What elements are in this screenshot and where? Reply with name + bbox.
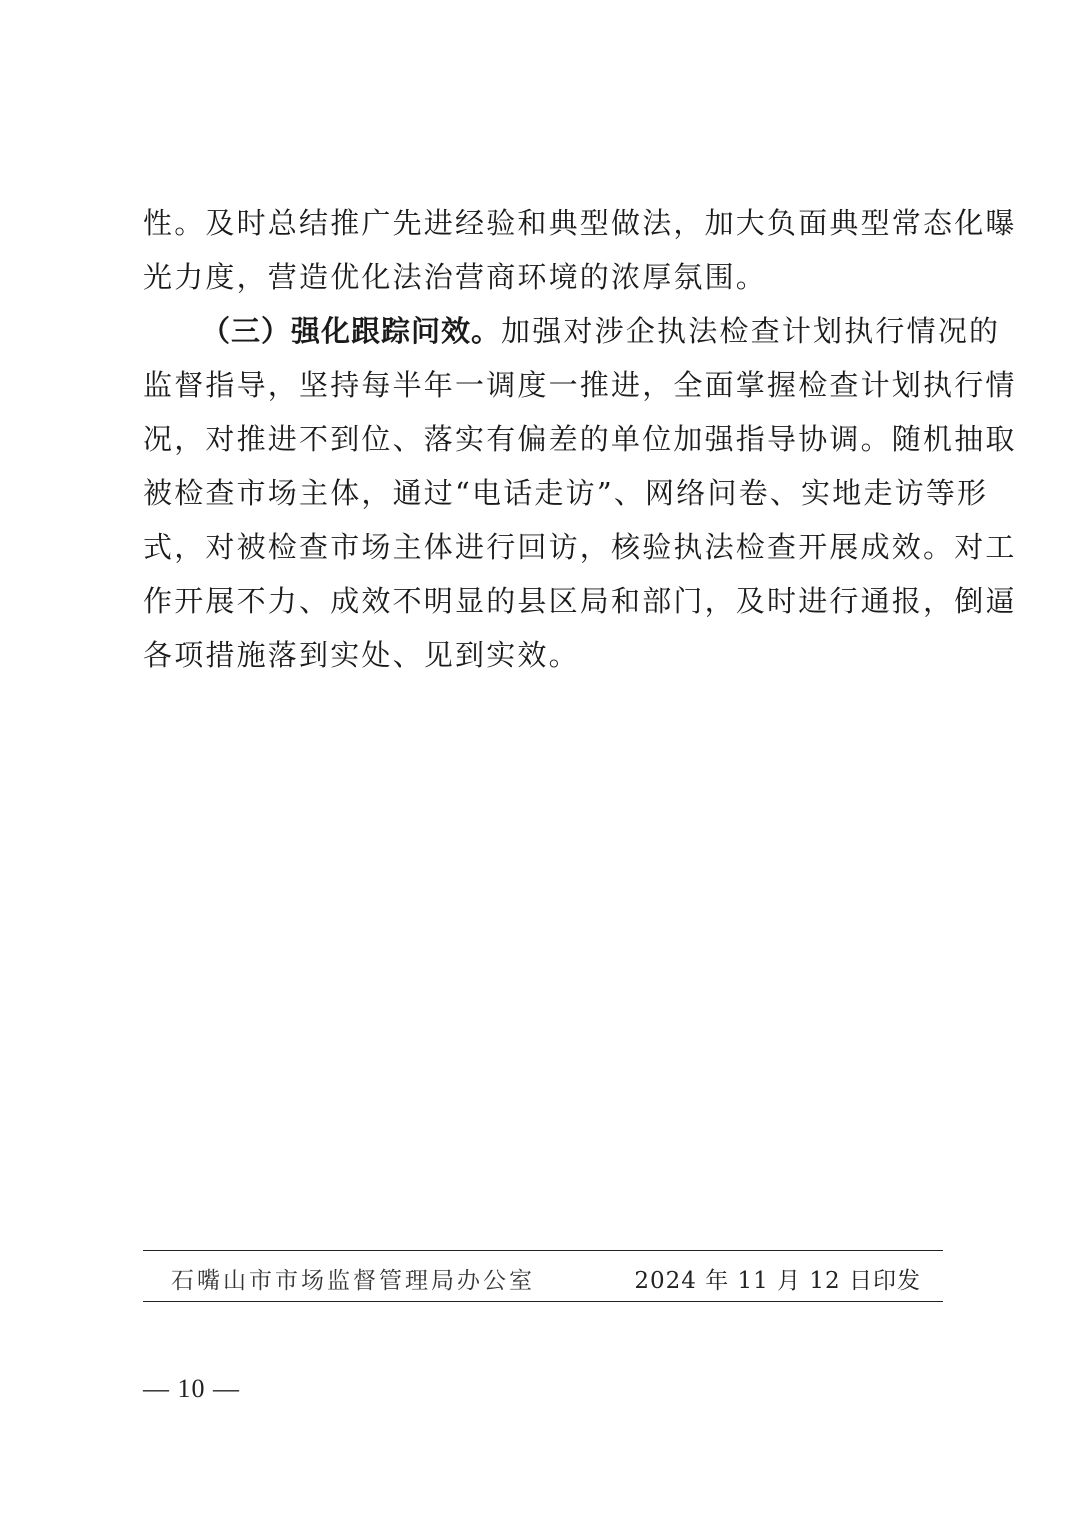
- text-run: 加强对涉企执法检查计划执行情况的: [501, 314, 1000, 348]
- text-line: 各项措施落到实处、见到实效。: [143, 628, 943, 682]
- paragraph-2: （三）强化跟踪问效。加强对涉企执法检查计划执行情况的 监督指导，坚持每半年一调度…: [143, 304, 943, 682]
- text-line: 性。及时总结推广先进经验和典型做法，加大负面典型常态化曝: [143, 196, 943, 250]
- paragraph-1: 性。及时总结推广先进经验和典型做法，加大负面典型常态化曝 光力度，营造优化法治营…: [143, 196, 943, 304]
- document-page: 性。及时总结推广先进经验和典型做法，加大负面典型常态化曝 光力度，营造优化法治营…: [0, 0, 1074, 1520]
- document-body: 性。及时总结推广先进经验和典型做法，加大负面典型常态化曝 光力度，营造优化法治营…: [143, 196, 943, 682]
- colophon-block: 石嘴山市市场监督管理局办公室 2024 年 11 月 12 日印发: [143, 1250, 943, 1302]
- section-heading: （三）强化跟踪问效。: [201, 314, 501, 348]
- text-line: 光力度，营造优化法治营商环境的浓厚氛围。: [143, 250, 943, 304]
- page-number: — 10 —: [143, 1374, 240, 1404]
- text-line: 监督指导，坚持每半年一调度一推进，全面掌握检查计划执行情: [143, 358, 943, 412]
- text-line: 况，对推进不到位、落实有偏差的单位加强指导协调。随机抽取: [143, 412, 943, 466]
- text-line: 被检查市场主体，通过“电话走访”、网络问卷、实地走访等形: [143, 466, 943, 520]
- text-line: 作开展不力、成效不明显的县区局和部门，及时进行通报，倒逼: [143, 574, 943, 628]
- issue-date: 2024 年 11 月 12 日印发: [634, 1262, 921, 1295]
- issuer-name: 石嘴山市市场监督管理局办公室: [171, 1262, 535, 1295]
- text-line: 式，对被检查市场主体进行回访，核验执法检查开展成效。对工: [143, 520, 943, 574]
- text-line-first: （三）强化跟踪问效。加强对涉企执法检查计划执行情况的: [143, 304, 943, 358]
